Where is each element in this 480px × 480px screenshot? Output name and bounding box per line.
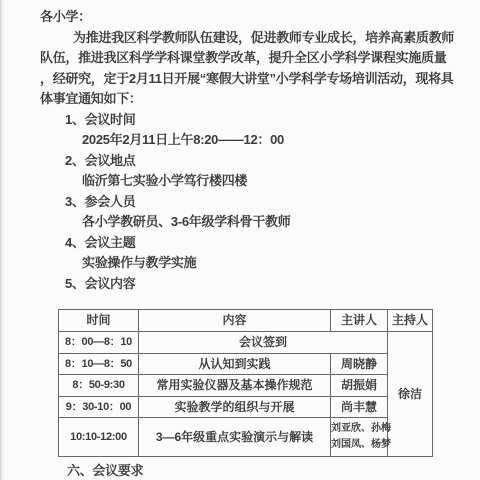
- col-header-time: 时间: [59, 310, 139, 332]
- item-1-label: 1、会议时间: [40, 110, 444, 131]
- col-header-speaker: 主讲人: [331, 310, 388, 332]
- intro-line-4: 体事宜通知如下：: [40, 89, 444, 110]
- section-six-heading: 六、会议要求: [40, 461, 444, 480]
- table-row-5: 10:10-12:00 3—6年级重点实验演示与解读 刘亚欣、孙梅 刘国凤、杨梦: [59, 418, 433, 457]
- cell-content-4: 实验教学的组织与开展: [139, 396, 331, 418]
- cell-speaker-2: 周晓静: [331, 353, 388, 375]
- page-left-edge: [0, 0, 5, 480]
- intro-line-3: ，经研究，定于2月11日开展“寒假大讲堂”小学科学专场培训活动，现将具: [40, 69, 444, 90]
- col-header-host: 主持人: [388, 310, 433, 332]
- cell-speaker-4: 尚丰慧: [331, 396, 388, 418]
- intro-line-1: 为推进我区科学教师队伍建设，促进教师专业成长，培养高素质教师: [40, 28, 444, 49]
- item-3-content: 各小学教研员、3-6年级学科骨干教师: [40, 212, 444, 233]
- schedule-table: 时间 内容 主讲人 主持人 8：00—8：10 会议签到 徐洁 8：10—8：5…: [58, 309, 433, 457]
- cell-time-1: 8：00—8：10: [59, 332, 139, 354]
- document-page: 各小学： 为推进我区科学教师队伍建设，促进教师专业成长，培养高素质教师 队伍，推…: [0, 0, 480, 480]
- speaker-line-1: 刘亚欣、孙梅: [331, 421, 387, 437]
- col-header-content: 内容: [139, 310, 331, 332]
- speaker-line-2: 刘国凤、杨梦: [331, 437, 387, 453]
- item-2-label: 2、会议地点: [40, 151, 444, 172]
- table-header-row: 时间 内容 主讲人 主持人: [59, 310, 433, 332]
- item-5-label: 5、会议内容: [40, 274, 444, 295]
- table-row-3: 8：50-9:30 常用实验仪器及基本操作规范 胡振娟: [59, 375, 433, 397]
- cell-content-5: 3—6年级重点实验演示与解读: [139, 418, 331, 457]
- table-row-signin: 8：00—8：10 会议签到 徐洁: [59, 332, 433, 354]
- salutation: 各小学：: [40, 7, 444, 28]
- table-row-2: 8：10—8：50 从认知到实践 周晓静: [59, 353, 433, 375]
- cell-speaker-3: 胡振娟: [331, 375, 388, 397]
- table-row-4: 9：30-10：00 实验教学的组织与开展 尚丰慧: [59, 396, 433, 418]
- item-4-content: 实验操作与教学实施: [40, 253, 444, 274]
- intro-line-2: 队伍，推进我区科学学科课堂教学改革，提升全区小学科学课程实施质量: [40, 48, 444, 69]
- item-3-label: 3、参会人员: [40, 192, 444, 213]
- item-4-label: 4、会议主题: [40, 233, 444, 254]
- cell-content-1: 会议签到: [139, 332, 388, 354]
- cell-content-2: 从认知到实践: [139, 353, 331, 375]
- cell-time-4: 9：30-10：00: [59, 396, 139, 418]
- cell-content-3: 常用实验仪器及基本操作规范: [139, 375, 331, 397]
- cell-speaker-5: 刘亚欣、孙梅 刘国凤、杨梦: [331, 418, 388, 457]
- cell-time-5: 10:10-12:00: [59, 418, 139, 457]
- item-2-content: 临沂第七实验小学笃行楼四楼: [40, 171, 444, 192]
- cell-time-3: 8：50-9:30: [59, 375, 139, 397]
- cell-host: 徐洁: [388, 332, 433, 457]
- cell-time-2: 8：10—8：50: [59, 353, 139, 375]
- item-1-content: 2025年2月11日上午8:20——12：00: [40, 130, 444, 151]
